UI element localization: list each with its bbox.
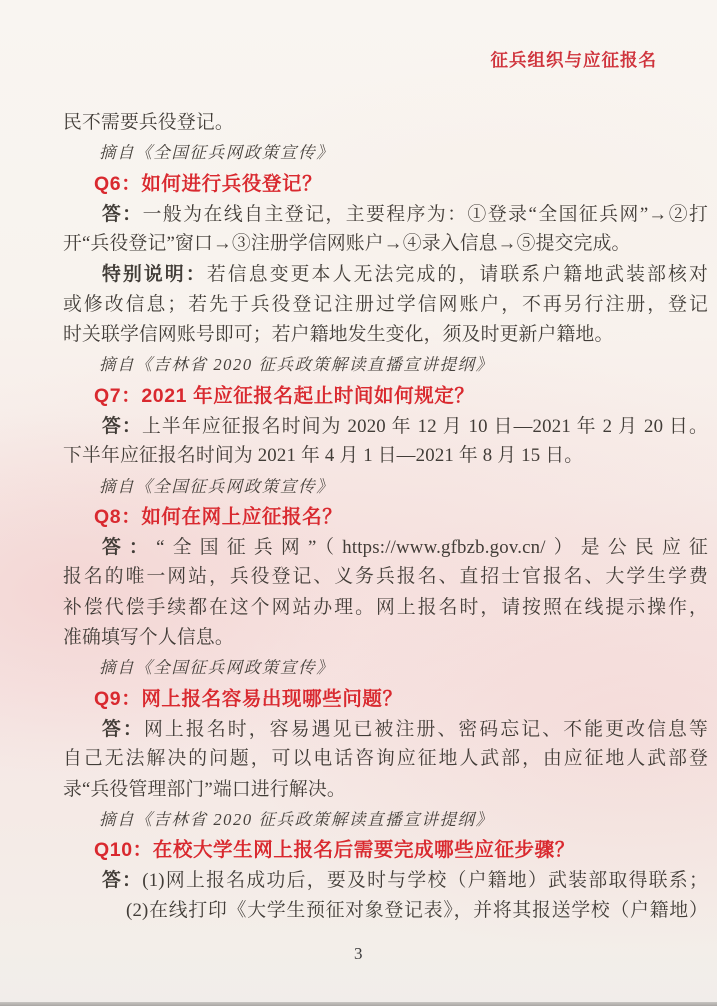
line-text: 时关联学信网账号即可；若户籍地发生变化，须及时更新户籍地。 (63, 324, 613, 345)
body-line: 时关联学信网账号即可；若户籍地发生变化，须及时更新户籍地。 (63, 320, 708, 350)
body-line: 准确填写个人信息。 (63, 623, 708, 653)
question-heading: Q10：在校大学生网上报名后需要完成哪些应征步骤？ (63, 835, 708, 865)
line-text: 或修改信息；若先于兵役登记注册过学信网账户，不再另行注册，登记 (63, 294, 708, 315)
citation-line: 摘自《全国征兵网政策宣传》 (63, 472, 708, 502)
line-text: 准确填写个人信息。 (63, 627, 234, 648)
line-text: 开“兵役登记”窗口→③注册学信网账户→④录入信息→⑤提交完成。 (63, 233, 631, 254)
bold-lead-in: 答： (102, 869, 142, 890)
bold-lead-in: 答： (102, 536, 156, 557)
line-text: 摘自《全国征兵网政策宣传》 (99, 658, 334, 677)
question-heading: Q7：2021 年应征报名起止时间如何规定？ (63, 381, 708, 411)
body-line: 答：(1)网上报名成功后，要及时与学校（户籍地）武装部取得联系； (63, 865, 708, 895)
line-text: 上半年应征报名时间为 2020 年 12 月 10 日—2021 年 2 月 2… (142, 416, 708, 437)
line-text: 若信息变更本人无法完成的，请联系户籍地武装部核对 (207, 264, 708, 285)
line-text: Q9：网上报名容易出现哪些问题？ (94, 688, 403, 710)
line-text: 摘自《全国征兵网政策宣传》 (99, 143, 334, 162)
line-text: 报名的唯一网站，兵役登记、义务兵报名、直招士官报名、大学生学费 (63, 566, 708, 587)
line-text: Q6：如何进行兵役登记？ (94, 173, 322, 195)
citation-line: 摘自《全国征兵网政策宣传》 (63, 653, 708, 683)
body-line: 开“兵役登记”窗口→③注册学信网账户→④录入信息→⑤提交完成。 (63, 229, 708, 259)
body-line: 特别说明：若信息变更本人无法完成的，请联系户籍地武装部核对 (63, 259, 708, 289)
citation-line: 摘自《吉林省 2020 征兵政策解读直播宣讲提纲》 (63, 350, 708, 380)
body-line: 或修改信息；若先于兵役登记注册过学信网账户，不再另行注册，登记 (63, 290, 708, 320)
line-text: 补偿代偿手续都在这个网站办理。网上报名时，请按照在线提示操作， (63, 597, 708, 618)
body-line: 下半年应征报名时间为 2021 年 4 月 1 日—2021 年 8 月 15 … (63, 441, 708, 471)
document-page: 征兵组织与应征报名 民不需要兵役登记。摘自《全国征兵网政策宣传》Q6：如何进行兵… (0, 0, 717, 1006)
page-number: 3 (0, 944, 717, 964)
bold-lead-in: 特别说明： (102, 263, 207, 284)
line-text: 下半年应征报名时间为 2021 年 4 月 1 日—2021 年 8 月 15 … (63, 445, 583, 466)
line-text: 摘自《吉林省 2020 征兵政策解读直播宣讲提纲》 (99, 810, 494, 829)
citation-line: 摘自《吉林省 2020 征兵政策解读直播宣讲提纲》 (63, 805, 708, 835)
page-header: 征兵组织与应征报名 (491, 47, 658, 72)
line-text: 摘自《吉林省 2020 征兵政策解读直播宣讲提纲》 (99, 355, 494, 374)
body-line: 答：网上报名时，容易遇见已被注册、密码忘记、不能更改信息等 (63, 714, 708, 744)
line-text: 自己无法解决的问题，可以电话咨询应征地人武部，由应征地人武部登 (63, 748, 708, 769)
body-line: 民不需要兵役登记。 (63, 108, 708, 138)
bold-lead-in: 答： (102, 203, 143, 224)
line-text: Q7：2021 年应征报名起止时间如何规定？ (94, 385, 475, 407)
citation-line: 摘自《全国征兵网政策宣传》 (63, 138, 708, 168)
question-heading: Q6：如何进行兵役登记？ (63, 169, 708, 199)
line-text: 民不需要兵役登记。 (63, 112, 234, 133)
body-line: 答：一般为在线自主登记，主要程序为：①登录“全国征兵网”→②打 (63, 199, 708, 229)
body-line: 报名的唯一网站，兵役登记、义务兵报名、直招士官报名、大学生学费 (63, 562, 708, 592)
question-heading: Q9：网上报名容易出现哪些问题？ (63, 684, 708, 714)
line-text: 摘自《全国征兵网政策宣传》 (99, 477, 334, 496)
scan-edge (0, 1002, 717, 1006)
line-text: Q8：如何在网上应征报名？ (94, 506, 342, 528)
body-line: 答：“全国征兵网”（https://www.gfbzb.gov.cn/）是公民应… (63, 532, 708, 562)
line-text: Q10：在校大学生网上报名后需要完成哪些应征步骤？ (94, 839, 575, 861)
body-line: 自己无法解决的问题，可以电话咨询应征地人武部，由应征地人武部登 (63, 744, 708, 774)
line-text: 网上报名时，容易遇见已被注册、密码忘记、不能更改信息等 (144, 719, 708, 740)
question-heading: Q8：如何在网上应征报名？ (63, 502, 708, 532)
body-line: 录“兵役管理部门”端口进行解决。 (63, 775, 708, 805)
line-text: 录“兵役管理部门”端口进行解决。 (63, 779, 346, 800)
line-text: 一般为在线自主登记，主要程序为：①登录“全国征兵网”→②打 (143, 204, 708, 225)
bold-lead-in: 答： (102, 718, 144, 739)
content: 民不需要兵役登记。摘自《全国征兵网政策宣传》Q6：如何进行兵役登记？答：一般为在… (63, 108, 708, 926)
body-line: 补偿代偿手续都在这个网站办理。网上报名时，请按照在线提示操作， (63, 593, 708, 623)
bold-lead-in: 答： (102, 415, 142, 436)
line-text: “全国征兵网”（https://www.gfbzb.gov.cn/）是公民应征 (156, 537, 708, 558)
line-text: (1)网上报名成功后，要及时与学校（户籍地）武装部取得联系； (142, 870, 708, 891)
line-text: (2)在线打印《大学生预征对象登记表》，并将其报送学校（户籍地） (126, 900, 708, 921)
body-line: 答：上半年应征报名时间为 2020 年 12 月 10 日—2021 年 2 月… (63, 411, 708, 441)
body-line: (2)在线打印《大学生预征对象登记表》，并将其报送学校（户籍地） (63, 896, 708, 926)
